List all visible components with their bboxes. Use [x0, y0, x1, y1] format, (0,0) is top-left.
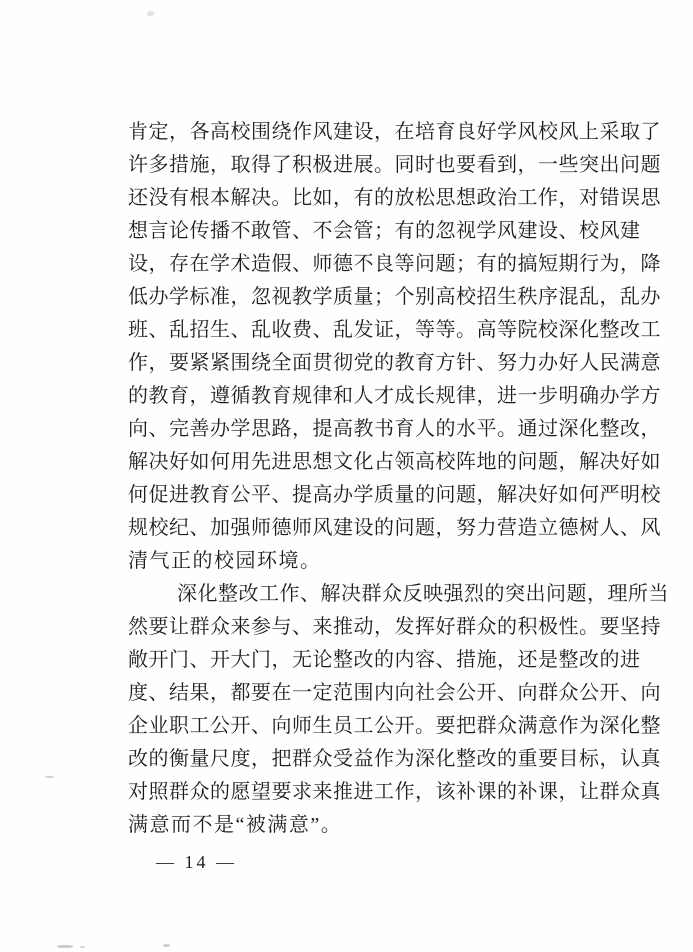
text-line: 肯定，各高校围绕作风建设，在培育良好学风校风上采取了: [128, 116, 639, 149]
text-line: 许多措施，取得了积极进展。同时也要看到，一些突出问题: [128, 149, 639, 182]
text-line: 设，存在学术造假、师德不良等问题；有的搞短期行为，降: [128, 248, 639, 281]
text-line: 然要让群众来参与、来推动，发挥好群众的积极性。要坚持: [128, 611, 639, 644]
text-block: 肯定，各高校围绕作风建设，在培育良好学风校风上采取了许多措施，取得了积极进展。同…: [128, 116, 639, 842]
text-line: 作，要紧紧围绕全面贯彻党的教育方针、努力办好人民满意: [128, 347, 639, 380]
text-line: 低办学标准，忽视教学质量；个别高校招生秩序混乱，乱办: [128, 281, 639, 314]
text-line: 还没有根本解决。比如，有的放松思想政治工作，对错误思: [128, 182, 639, 215]
text-line: 敞开门、开大门，无论整改的内容、措施，还是整改的进: [128, 644, 639, 677]
text-line: 对照群众的愿望要求来推进工作，该补课的补课，让群众真: [128, 776, 639, 809]
text-line: 深化整改工作、解决群众反映强烈的突出问题，理所当: [128, 578, 639, 611]
text-line: 解决好如何用先进思想文化占领高校阵地的问题，解决好如: [128, 446, 639, 479]
text-line: 想言论传播不敢管、不会管；有的忽视学风建设、校风建: [128, 215, 639, 248]
text-line: 企业职工公开、向师生员工公开。要把群众满意作为深化整: [128, 710, 639, 743]
page-number: — 14 —: [156, 852, 237, 873]
scanned-document-page: 肯定，各高校围绕作风建设，在培育良好学风校风上采取了许多措施，取得了积极进展。同…: [0, 0, 693, 952]
text-line: 清气正的校园环境。: [128, 545, 639, 578]
text-line: 满意而不是“被满意”。: [128, 809, 639, 842]
text-line: 的教育，遵循教育规律和人才成长规律，进一步明确办学方: [128, 380, 639, 413]
scan-noise-speck: [57, 945, 73, 948]
paragraph: 深化整改工作、解决群众反映强烈的突出问题，理所当然要让群众来参与、来推动，发挥好…: [128, 578, 639, 842]
text-line: 班、乱招生、乱收费、乱发证，等等。高等院校深化整改工: [128, 314, 639, 347]
scan-noise-speck: [80, 946, 85, 948]
scan-noise-speck: [147, 11, 154, 16]
scan-noise-speck: [45, 776, 54, 778]
text-line: 改的衡量尺度，把群众受益作为深化整改的重要目标，认真: [128, 743, 639, 776]
paragraph: 肯定，各高校围绕作风建设，在培育良好学风校风上采取了许多措施，取得了积极进展。同…: [128, 116, 639, 578]
text-line: 何促进教育公平、提高办学质量的问题，解决好如何严明校: [128, 479, 639, 512]
text-line: 度、结果，都要在一定范围内向社会公开、向群众公开、向: [128, 677, 639, 710]
text-line: 向、完善办学思路，提高教书育人的水平。通过深化整改，: [128, 413, 639, 446]
scan-noise-speck: [163, 944, 170, 947]
text-line: 规校纪、加强师德师风建设的问题，努力营造立德树人、风: [128, 512, 639, 545]
